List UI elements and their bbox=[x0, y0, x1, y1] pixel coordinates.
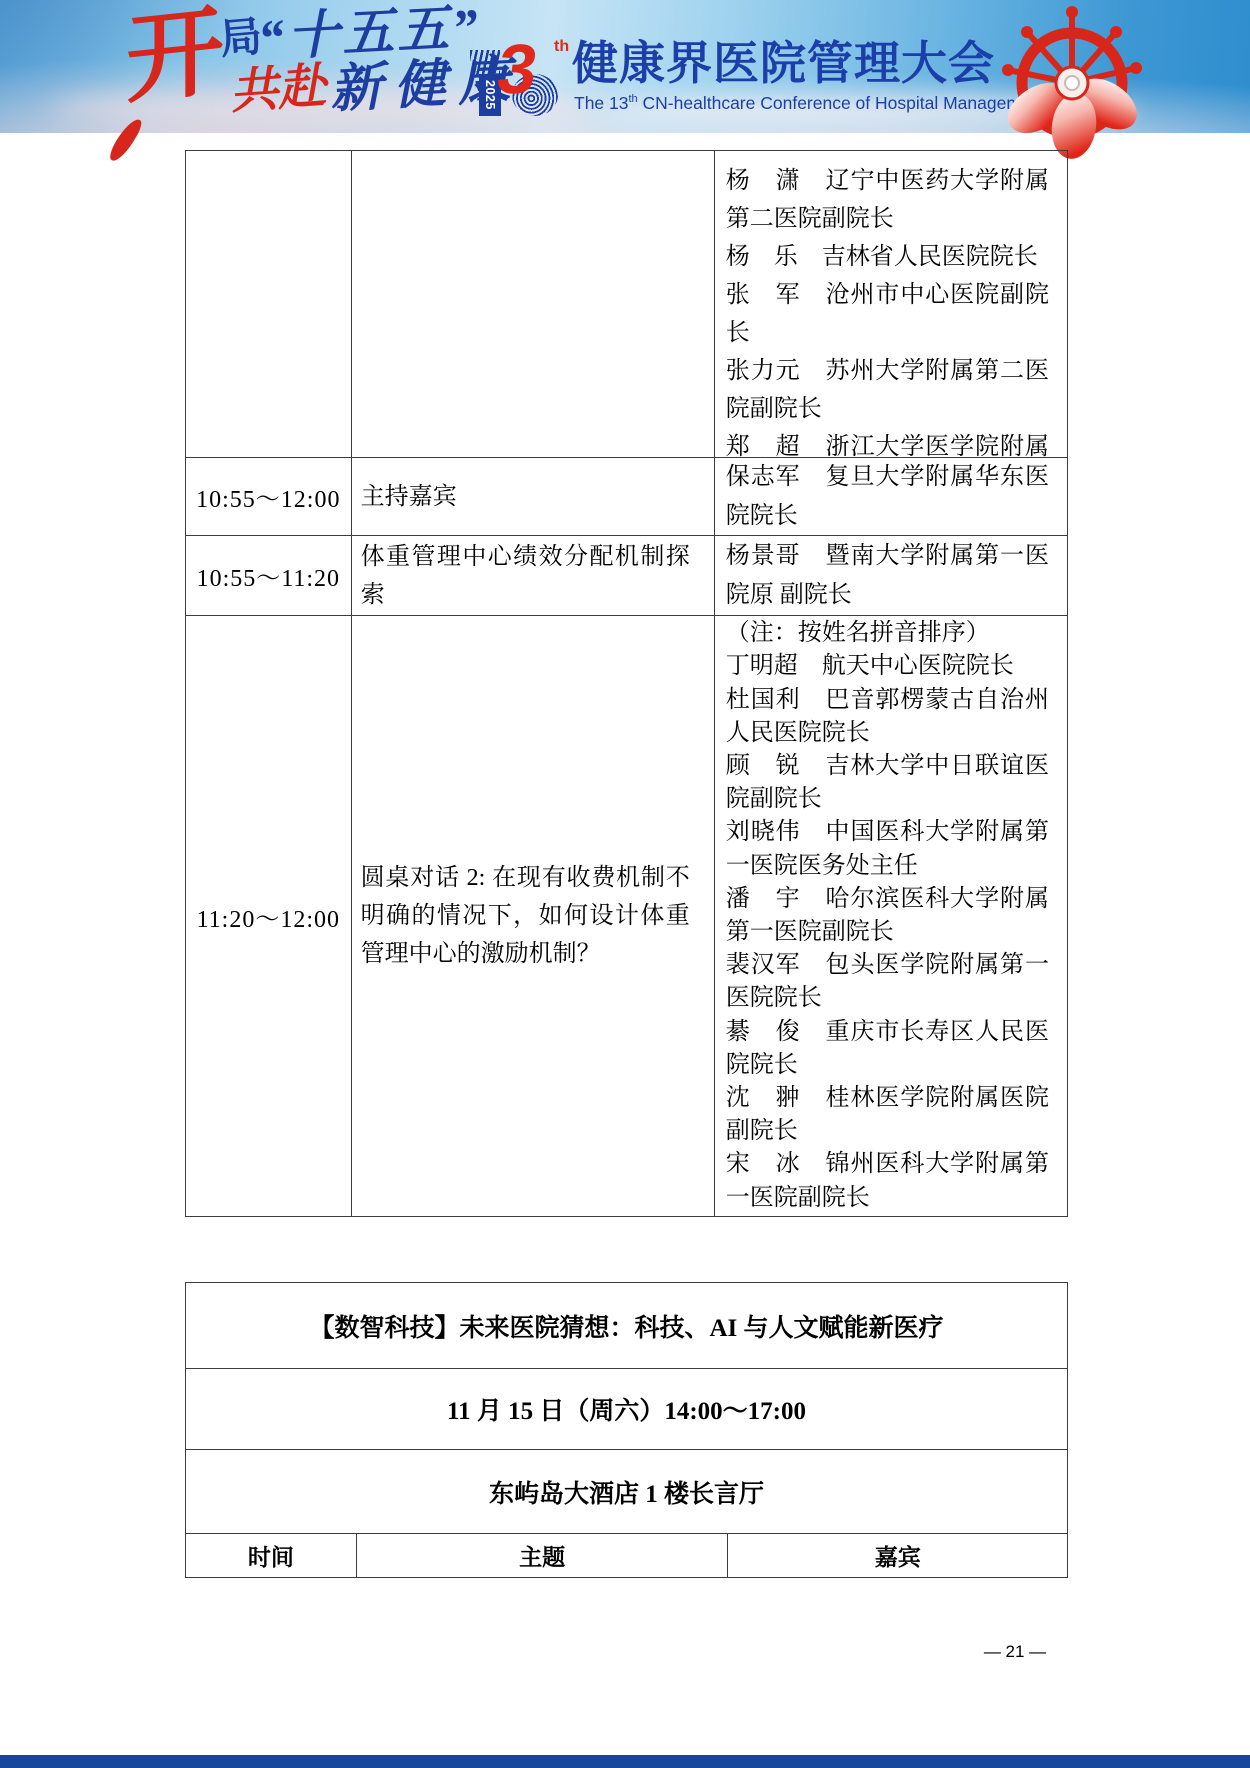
guest-line: 綦 俊 重庆市长寿区人民医院院长 bbox=[726, 1016, 1049, 1082]
column-header-row: 时间 主题 嘉宾 bbox=[186, 1534, 1067, 1577]
topic-cell bbox=[352, 151, 715, 458]
guest-line: 宋 冰 锦州医科大学附属第一医院副院长 bbox=[726, 1148, 1049, 1214]
guest-cell: 保志军 复旦大学附属华东医院院长 bbox=[715, 458, 1067, 536]
time-cell: 10:55～11:20 bbox=[186, 536, 352, 616]
guest-line: 杨 乐 吉林省人民医院院长 bbox=[726, 238, 1049, 276]
time-cell: 10:55～12:00 bbox=[186, 458, 352, 536]
session-title-row: 【数智科技】未来医院猜想：科技、AI 与人文赋能新医疗 bbox=[186, 1283, 1067, 1369]
guest-cell: 杨景哥 暨南大学附属第一医院原 副院长 bbox=[715, 536, 1067, 616]
guest-line: 张力元 苏州大学附属第二医院副院长 bbox=[726, 352, 1049, 428]
logo-13-hatch-stripes bbox=[470, 50, 500, 75]
guest-line: 沈 翀 桂林医学院附属医院副院长 bbox=[726, 1082, 1049, 1148]
header-topic: 主题 bbox=[357, 1534, 729, 1577]
table-row: 11:20～12:00 圆桌对话 2: 在现有收费机制不明确的情况下，如何设计体… bbox=[186, 616, 1067, 1216]
header-time: 时间 bbox=[186, 1534, 357, 1577]
guest-line: 顾 锐 吉林大学中日联谊医院副院长 bbox=[726, 750, 1049, 816]
table-row: 10:55～11:20 体重管理中心绩效分配机制探索 杨景哥 暨南大学附属第一医… bbox=[186, 536, 1067, 616]
topic-text: 体重管理中心绩效分配机制探索 bbox=[361, 538, 690, 614]
page-number: — 21 — bbox=[960, 1642, 1070, 1662]
guest-line: 保志军 复旦大学附属华东医院院长 bbox=[726, 458, 1049, 536]
guest-line: 杨 潇 辽宁中医药大学附属第二医院副院长 bbox=[726, 162, 1049, 238]
guest-line: 张 军 沧州市中心医院副院长 bbox=[726, 276, 1049, 352]
time-cell: 11:20～12:00 bbox=[186, 616, 352, 1216]
guest-line: 刘晓伟 中国医科大学附属第一医院医务处主任 bbox=[726, 816, 1049, 882]
guest-cell: （注：按姓名拼音排序） 丁明超 航天中心医院院长 杜国利 巴音郭楞蒙古自治州人民… bbox=[715, 616, 1067, 1216]
time-cell bbox=[186, 151, 352, 458]
guest-cell: 杨 潇 辽宁中医药大学附属第二医院副院长 杨 乐 吉林省人民医院院长 张 军 沧… bbox=[715, 151, 1067, 458]
table-row: 杨 潇 辽宁中医药大学附属第二医院副院长 杨 乐 吉林省人民医院院长 张 军 沧… bbox=[186, 151, 1067, 458]
guest-line: 郑 超 浙江大学医学院附属第二医院内分泌科主任 bbox=[726, 428, 1049, 458]
schedule-table: 杨 潇 辽宁中医药大学附属第二医院副院长 杨 乐 吉林省人民医院院长 张 军 沧… bbox=[185, 150, 1068, 1217]
guest-line: 潘 宇 哈尔滨医科大学附属第一医院副院长 bbox=[726, 883, 1049, 949]
slogan-gongfu: 共赴 bbox=[228, 63, 327, 118]
conference-banner: 开 局 “十五五” 共赴 新健康 2025 3 th 健康界医院管理大会 The… bbox=[0, 0, 1250, 133]
conference-title-en: The 13th CN-healthcare Conference of Hos… bbox=[574, 93, 1045, 114]
brush-stroke-decoration bbox=[106, 116, 145, 163]
logo-th-superscript: th bbox=[554, 38, 569, 56]
table-row: 10:55～12:00 主持嘉宾 保志军 复旦大学附属华东医院院长 bbox=[186, 458, 1067, 536]
slogan-kai: 开 bbox=[126, 3, 223, 112]
topic-cell: 主持嘉宾 bbox=[352, 458, 715, 536]
header-guest: 嘉宾 bbox=[728, 1534, 1067, 1577]
guest-line: 杜国利 巴音郭楞蒙古自治州人民医院院长 bbox=[726, 684, 1049, 750]
session-datetime-row: 11 月 15 日（周六）14:00～17:00 bbox=[186, 1369, 1067, 1450]
title-en-sup: th bbox=[628, 93, 637, 105]
guest-line: 杨景哥 暨南大学附属第一医院原 副院长 bbox=[726, 537, 1049, 615]
guest-line: 裴汉军 包头医学院附属第一医院院长 bbox=[726, 949, 1049, 1015]
topic-text: 主持嘉宾 bbox=[361, 478, 690, 516]
topic-cell: 圆桌对话 2: 在现有收费机制不明确的情况下，如何设计体重管理中心的激励机制？ bbox=[352, 616, 715, 1216]
conference-title-cn: 健康界医院管理大会 bbox=[572, 38, 995, 89]
title-en-pre: The 13 bbox=[574, 93, 628, 113]
topic-text: 圆桌对话 2: 在现有收费机制不明确的情况下，如何设计体重管理中心的激励机制？ bbox=[361, 859, 690, 973]
guest-line: 丁明超 航天中心医院院长 bbox=[726, 650, 1049, 683]
document-page: 开 局 “十五五” 共赴 新健康 2025 3 th 健康界医院管理大会 The… bbox=[0, 0, 1250, 1768]
next-session-table: 【数智科技】未来医院猜想：科技、AI 与人文赋能新医疗 11 月 15 日（周六… bbox=[185, 1282, 1068, 1578]
ship-wheel-icon bbox=[995, 0, 1155, 162]
guest-note-line: （注：按姓名拼音排序） bbox=[726, 617, 1049, 650]
footer-bar bbox=[0, 1755, 1250, 1768]
topic-cell: 体重管理中心绩效分配机制探索 bbox=[352, 536, 715, 616]
session-venue-row: 东屿岛大酒店 1 楼长言厅 bbox=[186, 1450, 1067, 1534]
title-en-post: CN-healthcare Conference of Hospital Man… bbox=[638, 93, 1046, 113]
